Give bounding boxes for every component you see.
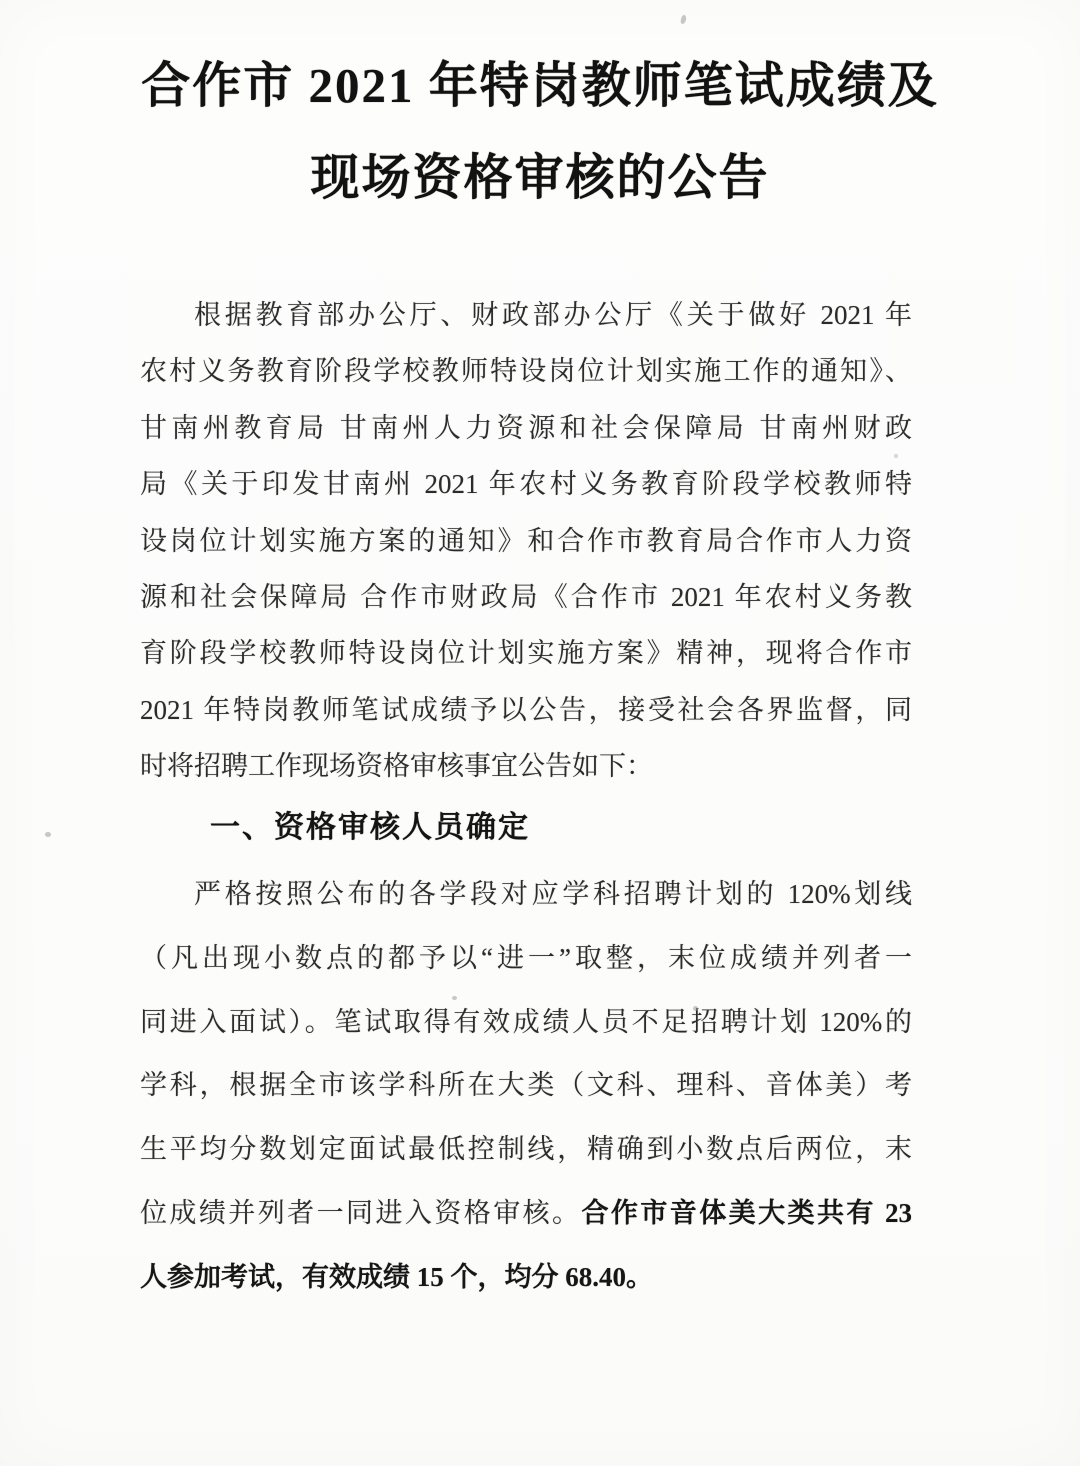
- body-line: 局《关于印发甘南州 2021 年农村义务教育阶段学校教师特: [140, 456, 912, 512]
- body-line: 育阶段学校教师特设岗位计划实施方案》精神，现将合作市: [140, 625, 912, 681]
- body-line: 源和社会保障局 合作市财政局《合作市 2021 年农村义务教: [140, 569, 912, 625]
- body-line: 设岗位计划实施方案的通知》和合作市教育局合作市人力资: [140, 513, 912, 569]
- body-line: 学科，根据全市该学科所在大类（文科、理科、音体美）考: [140, 1054, 912, 1118]
- document-title-line-1: 合作市 2021 年特岗教师笔试成绩及: [0, 40, 1080, 132]
- body-line-bold: 人参加考试，有效成绩 15 个，均分 68.40。: [140, 1246, 912, 1310]
- body-line: 农村义务教育阶段学校教师特设岗位计划实施工作的通知》、: [140, 343, 912, 399]
- body-line-bold-segment: 合作市音体美大类共有 23: [582, 1198, 913, 1228]
- body-line: 生平均分数划定面试最低控制线，精确到小数点后两位，末: [140, 1118, 912, 1182]
- body-line: 同进入面试）。笔试取得有效成绩人员不足招聘计划 120%的: [140, 991, 912, 1055]
- body-line-mixed: 位成绩并列者一同进入资格审核。合作市音体美大类共有 23: [140, 1182, 912, 1246]
- body-line-regular-segment: 位成绩并列者一同进入资格审核。: [140, 1198, 582, 1228]
- body-line: 甘南州教育局 甘南州人力资源和社会保障局 甘南州财政: [140, 400, 912, 456]
- body-line: 2021 年特岗教师笔试成绩予以公告，接受社会各界监督，同: [140, 682, 912, 738]
- document-title-line-2: 现场资格审核的公告: [0, 132, 1080, 224]
- scan-speck: [894, 454, 898, 458]
- paragraph-intro: 根据教育部办公厅、财政部办公厅《关于做好 2021 年 农村义务教育阶段学校教师…: [140, 287, 912, 795]
- scan-speck: [693, 1006, 698, 1011]
- body-line: 严格按照公布的各学段对应学科招聘计划的 120%划线: [140, 863, 912, 927]
- scanned-document-page: 合作市 2021 年特岗教师笔试成绩及 现场资格审核的公告 根据教育部办公厅、财…: [0, 0, 1080, 1466]
- section-heading: 一、资格审核人员确定: [210, 800, 530, 856]
- body-line: 根据教育部办公厅、财政部办公厅《关于做好 2021 年: [140, 287, 912, 343]
- scan-speck: [452, 996, 457, 1000]
- scan-speck: [680, 14, 688, 24]
- body-line: （凡出现小数点的都予以“进一”取整，末位成绩并列者一: [140, 927, 912, 991]
- scan-speck: [45, 832, 51, 837]
- paragraph-rules: 严格按照公布的各学段对应学科招聘计划的 120%划线 （凡出现小数点的都予以“进…: [140, 863, 912, 1310]
- body-line: 时将招聘工作现场资格审核事宜公告如下：: [140, 738, 912, 794]
- document-title: 合作市 2021 年特岗教师笔试成绩及 现场资格审核的公告: [0, 40, 1080, 224]
